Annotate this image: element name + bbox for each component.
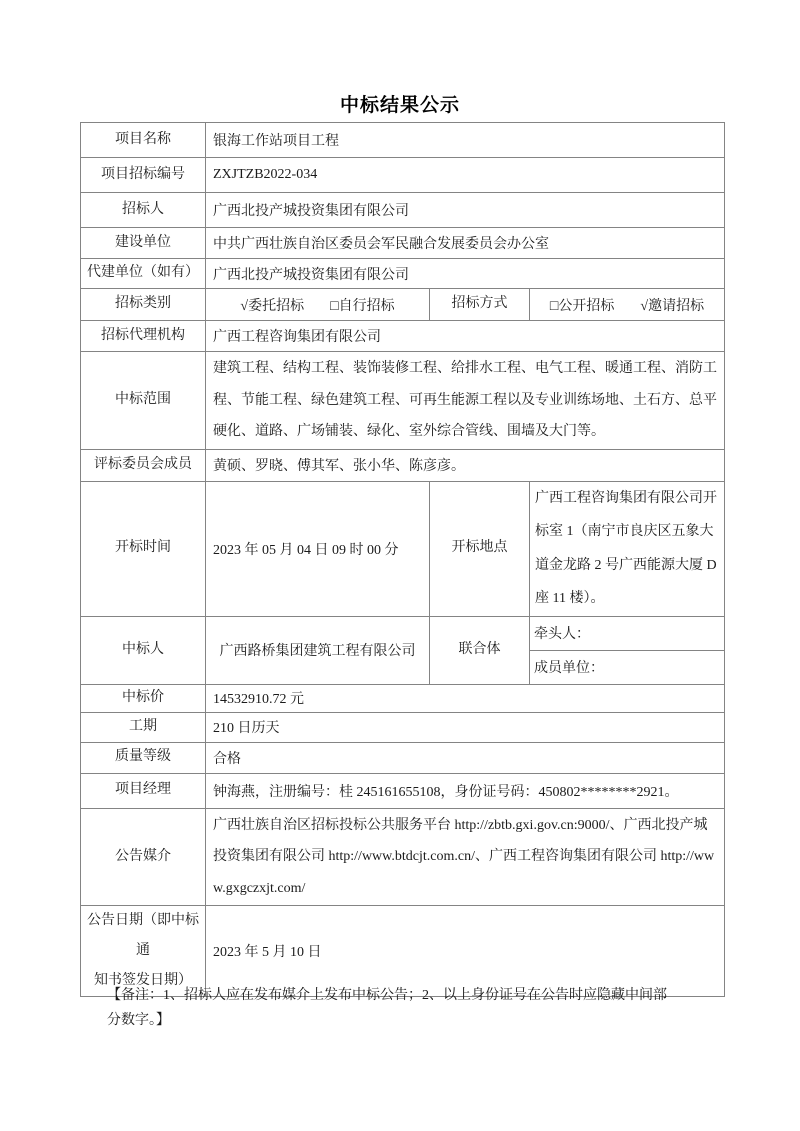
construction-unit-value: 中共广西壮族自治区委员会军民融合发展委员会办公室 [206, 228, 725, 259]
consortium-lead-label: 牵头人： [530, 616, 725, 650]
row-bid-opening: 开标时间 2023 年 05 月 04 日 09 时 00 分 开标地点 广西工… [81, 481, 725, 616]
scope-value: 建筑工程、结构工程、装饰装修工程、给排水工程、电气工程、暖通工程、消防工程、节能… [206, 352, 725, 450]
winner-value: 广西路桥集团建筑工程有限公司 [206, 616, 430, 684]
checkbox-open-tender: □公开招标 [550, 295, 614, 315]
agency-value: 广西工程咨询集团有限公司 [206, 321, 725, 352]
row-tenderee: 招标人 广西北投产城投资集团有限公司 [81, 193, 725, 228]
agent-unit-label: 代建单位（如有） [81, 259, 206, 289]
tender-number-label: 项目招标编号 [81, 158, 206, 193]
announcement-media-value: 广西壮族自治区招标投标公共服务平台 http://zbtb.gxi.gov.cn… [206, 808, 725, 906]
row-construction-unit: 建设单位 中共广西壮族自治区委员会军民融合发展委员会办公室 [81, 228, 725, 259]
tender-method-label: 招标方式 [430, 289, 530, 321]
footer-note: 【备注：1、招标人应在发布媒介上发布中标公告；2、以上身份证号在公告时应隐藏中间… [107, 983, 713, 1033]
row-project-name: 项目名称 银海工作站项目工程 [81, 123, 725, 158]
tender-number-value: ZXJTZB2022-034 [206, 158, 725, 193]
bid-opening-time-value: 2023 年 05 月 04 日 09 时 00 分 [206, 481, 430, 616]
row-bid-price: 中标价 14532910.72 元 [81, 684, 725, 712]
bid-price-label: 中标价 [81, 684, 206, 712]
row-scope: 中标范围 建筑工程、结构工程、装饰装修工程、给排水工程、电气工程、暖通工程、消防… [81, 352, 725, 450]
row-announcement-media: 公告媒介 广西壮族自治区招标投标公共服务平台 http://zbtb.gxi.g… [81, 808, 725, 906]
agency-label: 招标代理机构 [81, 321, 206, 352]
tender-method-options: □公开招标 √邀请招标 [530, 289, 725, 321]
checkbox-invited-tender: √邀请招标 [640, 295, 704, 315]
project-manager-value: 钟海燕，注册编号：桂 245161655108，身份证号码：450802****… [206, 773, 725, 808]
bid-opening-place-label: 开标地点 [430, 481, 530, 616]
document-title: 中标结果公示 [0, 90, 800, 117]
project-manager-label: 项目经理 [81, 773, 206, 808]
bid-result-table: 项目名称 银海工作站项目工程 项目招标编号 ZXJTZB2022-034 招标人… [80, 122, 725, 997]
row-agent-unit: 代建单位（如有） 广西北投产城投资集团有限公司 [81, 259, 725, 289]
bid-opening-place-value: 广西工程咨询集团有限公司开标室 1（南宁市良庆区五象大道金龙路 2 号广西能源大… [530, 481, 725, 616]
document-page: 中标结果公示 项目名称 银海工作站项目工程 项目招标编号 ZXJTZB2022-… [0, 0, 800, 1131]
scope-label: 中标范围 [81, 352, 206, 450]
evaluation-committee-label: 评标委员会成员 [81, 449, 206, 481]
announcement-media-label: 公告媒介 [81, 808, 206, 906]
checkbox-self-tender: □自行招标 [330, 295, 394, 315]
bid-price-value: 14532910.72 元 [206, 684, 725, 712]
tenderee-label: 招标人 [81, 193, 206, 228]
consortium-member-label: 成员单位： [530, 650, 725, 684]
row-project-manager: 项目经理 钟海燕，注册编号：桂 245161655108，身份证号码：45080… [81, 773, 725, 808]
project-name-label: 项目名称 [81, 123, 206, 158]
winner-label: 中标人 [81, 616, 206, 684]
quality-grade-label: 质量等级 [81, 742, 206, 773]
tender-category-label: 招标类别 [81, 289, 206, 321]
row-evaluation-committee: 评标委员会成员 黄硕、罗晓、傅其军、张小华、陈彦彦。 [81, 449, 725, 481]
project-name-value: 银海工作站项目工程 [206, 123, 725, 158]
checkbox-entrusted-tender: √委托招标 [240, 295, 304, 315]
tenderee-value: 广西北投产城投资集团有限公司 [206, 193, 725, 228]
evaluation-committee-value: 黄硕、罗晓、傅其军、张小华、陈彦彦。 [206, 449, 725, 481]
consortium-label: 联合体 [430, 616, 530, 684]
bid-opening-time-label: 开标时间 [81, 481, 206, 616]
row-winner: 中标人 广西路桥集团建筑工程有限公司 联合体 牵头人： [81, 616, 725, 650]
row-tender-category: 招标类别 √委托招标 □自行招标 招标方式 □公开招标 √邀请招标 [81, 289, 725, 321]
row-agency: 招标代理机构 广西工程咨询集团有限公司 [81, 321, 725, 352]
tender-category-options: √委托招标 □自行招标 [206, 289, 430, 321]
agent-unit-value: 广西北投产城投资集团有限公司 [206, 259, 725, 289]
construction-unit-label: 建设单位 [81, 228, 206, 259]
duration-label: 工期 [81, 712, 206, 742]
duration-value: 210 日历天 [206, 712, 725, 742]
quality-grade-value: 合格 [206, 742, 725, 773]
row-quality-grade: 质量等级 合格 [81, 742, 725, 773]
row-duration: 工期 210 日历天 [81, 712, 725, 742]
row-tender-number: 项目招标编号 ZXJTZB2022-034 [81, 158, 725, 193]
